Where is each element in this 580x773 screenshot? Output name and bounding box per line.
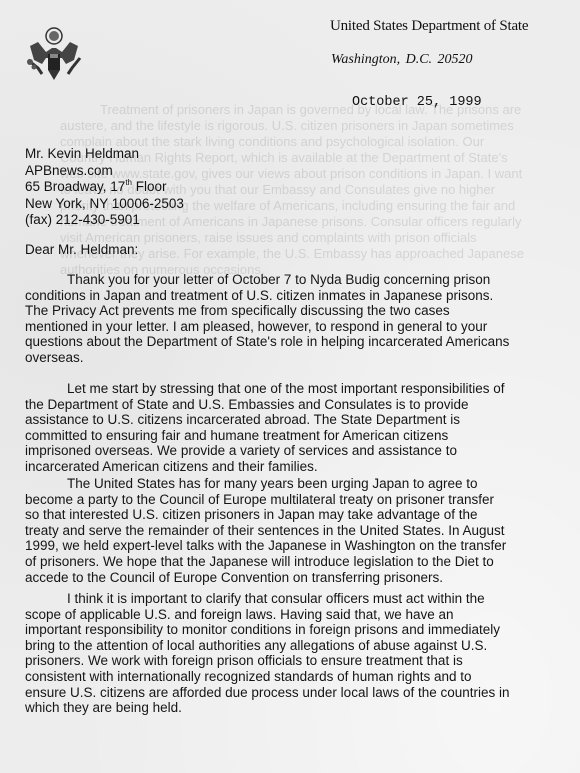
- body-paragraph: The United States has for many years bee…: [25, 476, 525, 585]
- paragraph-line: which they are being held.: [25, 700, 525, 716]
- paragraph-line: scope of applicable U.S. and foreign law…: [25, 607, 525, 623]
- paragraph-line: of prisoners. We hope that the Japanese …: [25, 554, 525, 570]
- paragraph-line: overseas.: [25, 350, 525, 366]
- paragraph-line: The Privacy Act prevents me from specifi…: [25, 303, 525, 319]
- street-suffix: Floor: [132, 179, 167, 194]
- body-paragraph: Thank you for your letter of October 7 t…: [25, 272, 525, 366]
- recipient-address-block: Mr. Kevin Heldman APBnews.com 65 Broadwa…: [25, 146, 184, 229]
- recipient-organization: APBnews.com: [25, 163, 184, 180]
- paragraph-line: committed to ensuring fair and humane tr…: [25, 428, 525, 444]
- letter-page: Treatment of prisoners in Japan is gover…: [0, 0, 580, 773]
- paragraph-line: become a party to the Council of Europe …: [25, 492, 525, 508]
- street-prefix: 65 Broadway, 17: [25, 179, 125, 194]
- recipient-street: 65 Broadway, 17th Floor: [25, 179, 184, 196]
- paragraph-line: mentioned in your letter. I am pleased, …: [25, 319, 525, 335]
- letterhead-city: Washington, D.C. 20520: [331, 52, 473, 68]
- street-ordinal-suffix: th: [125, 178, 132, 187]
- paragraph-line: the Department of State and U.S. Embassi…: [25, 397, 525, 413]
- recipient-name: Mr. Kevin Heldman: [25, 146, 184, 163]
- paragraph-line: Thank you for your letter of October 7 t…: [25, 272, 525, 288]
- paragraph-line: ensure U.S. citizens are afforded due pr…: [25, 685, 525, 701]
- great-seal-eagle-icon: [24, 24, 84, 84]
- paragraph-line: important responsibility to monitor cond…: [25, 622, 525, 638]
- paragraph-line: 1999, we held expert-level talks with th…: [25, 538, 525, 554]
- paragraph-line: so that interested U.S. citizen prisoner…: [25, 507, 525, 523]
- paragraph-line: consistent with internationally recogniz…: [25, 669, 525, 685]
- body-paragraph: I think it is important to clarify that …: [25, 591, 525, 716]
- recipient-fax: (fax) 212-430-5901: [25, 212, 184, 229]
- paragraph-line: I think it is important to clarify that …: [25, 591, 525, 607]
- paragraph-line: assistance to U.S. citizens incarcerated…: [25, 412, 525, 428]
- paragraph-line: conditions in Japan and treatment of U.S…: [25, 288, 525, 304]
- body-paragraph: Let me start by stressing that one of th…: [25, 381, 525, 475]
- letter-date: October 25, 1999: [352, 95, 482, 110]
- letterhead-department: United States Department of State: [330, 18, 528, 35]
- recipient-city-state-zip: New York, NY 10006-2503: [25, 196, 184, 213]
- paragraph-line: imprisoned overseas. We provide a variet…: [25, 443, 525, 459]
- paragraph-line: accede to the Council of Europe Conventi…: [25, 570, 525, 586]
- paragraph-line: questions about the Department of State'…: [25, 334, 525, 350]
- paragraph-line: Let me start by stressing that one of th…: [25, 381, 525, 397]
- paragraph-line: The United States has for many years bee…: [25, 476, 525, 492]
- paragraph-line: incarcerated American citizens and their…: [25, 459, 525, 475]
- paragraph-line: treaty and serve the remainder of their …: [25, 523, 525, 539]
- paragraph-line: prisoners. We work with foreign prison o…: [25, 653, 525, 669]
- salutation: Dear Mr. Heldman:: [25, 242, 138, 257]
- paragraph-line: bring to the attention of local authorit…: [25, 638, 525, 654]
